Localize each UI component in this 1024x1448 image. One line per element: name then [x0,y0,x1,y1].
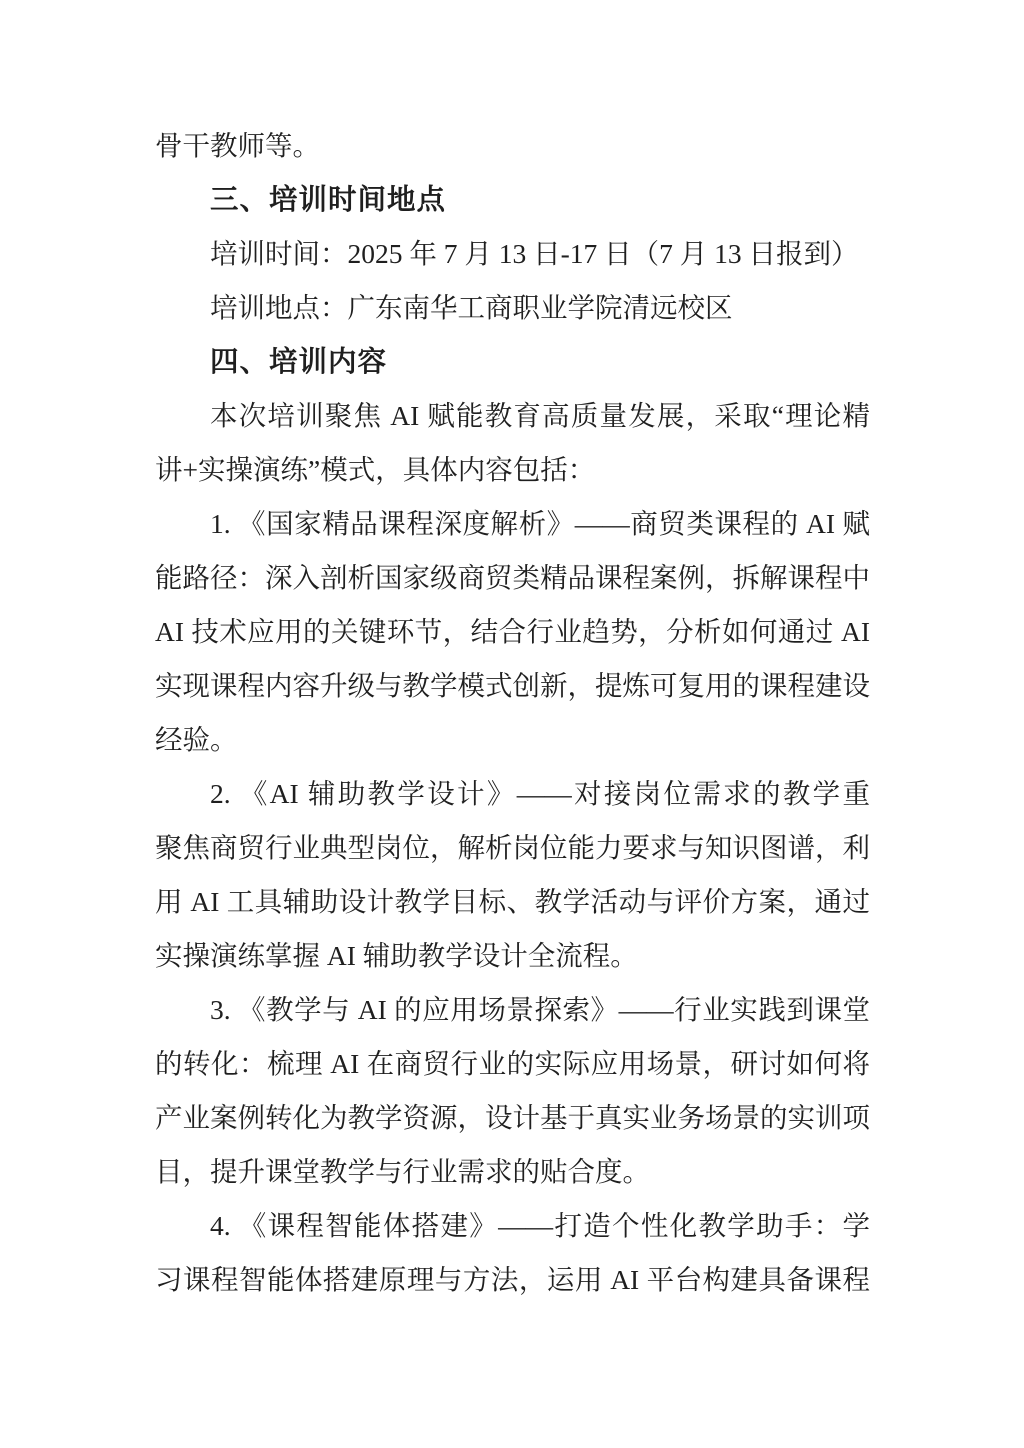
text-line: 的转化：梳理 AI 在商贸行业的实际应用场景，研讨如何将 [155,1037,870,1091]
text-line: 实现课程内容升级与教学模式创新，提炼可复用的课程建设 [155,659,870,713]
text-line: 培训时间：2025 年 7 月 13 日-17 日（7 月 13 日报到） [155,227,870,281]
text-line: AI 技术应用的关键环节，结合行业趋势，分析如何通过 AI [155,605,870,659]
text-line: 讲+实操演练”模式，具体内容包括： [155,443,870,497]
text-line: 产业案例转化为教学资源，设计基于真实业务场景的实训项 [155,1091,870,1145]
text-line: 经验。 [155,713,870,767]
text-line: 本次培训聚焦 AI 赋能教育高质量发展，采取“理论精 [155,389,870,443]
text-line: 2. 《AI 辅助教学设计》——对接岗位需求的教学重构： [155,767,870,821]
section-heading: 三、培训时间地点 [155,173,870,227]
text-line: 骨干教师等。 [155,119,870,173]
text-line: 目，提升课堂教学与行业需求的贴合度。 [155,1145,870,1199]
text-line: 1. 《国家精品课程深度解析》——商贸类课程的 AI 赋 [155,497,870,551]
text-line: 习课程智能体搭建原理与方法，运用 AI 平台构建具备课程 [155,1253,870,1307]
text-line: 能路径：深入剖析国家级商贸类精品课程案例，拆解课程中 [155,551,870,605]
document-page: 骨干教师等。 三、培训时间地点 培训时间：2025 年 7 月 13 日-17 … [0,0,1024,1448]
text-line: 实操演练掌握 AI 辅助教学设计全流程。 [155,929,870,983]
text-line: 聚焦商贸行业典型岗位，解析岗位能力要求与知识图谱，利 [155,821,870,875]
text-line: 4. 《课程智能体搭建》——打造个性化教学助手：学 [155,1199,870,1253]
text-line: 3. 《教学与 AI 的应用场景探索》——行业实践到课堂 [155,983,870,1037]
text-line: 培训地点：广东南华工商职业学院清远校区 [155,281,870,335]
text-line: 用 AI 工具辅助设计教学目标、教学活动与评价方案，通过 [155,875,870,929]
section-heading: 四、培训内容 [155,335,870,389]
